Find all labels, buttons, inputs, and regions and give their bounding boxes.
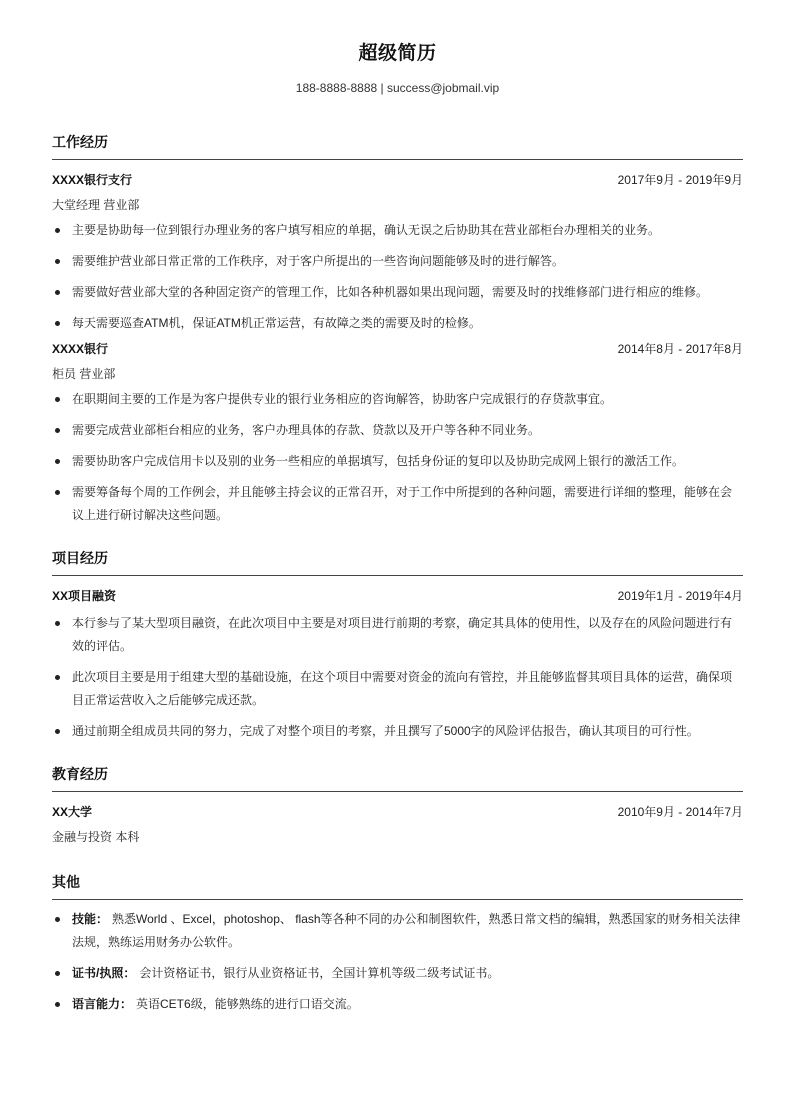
entry-header: XXXX银行支行 2017年9月 - 2019年9月 — [52, 172, 743, 188]
entry-date: 2014年8月 - 2017年8月 — [618, 341, 743, 357]
list-item: 需要维护营业部日常正常的工作秩序，对于客户所提出的一些咨询问题能够及时的进行解答… — [52, 250, 743, 273]
list-item-languages: 语言能力：英语CET6级，能够熟练的进行口语交流。 — [52, 993, 743, 1016]
list-item: 本行参与了某大型项目融资，在此次项目中主要是对项目进行前期的考察，确定其具体的使… — [52, 612, 743, 658]
entry-bullets: 本行参与了某大型项目融资，在此次项目中主要是对项目进行前期的考察，确定其具体的使… — [52, 612, 743, 743]
section-education: 教育经历 XX大学 2010年9月 - 2014年7月 金融与投资 本科 — [52, 765, 743, 845]
entry-header: XXXX银行 2014年8月 - 2017年8月 — [52, 341, 743, 357]
entry-bullets: 在职期间主要的工作是为客户提供专业的银行业务相应的咨询解答，协助客户完成银行的存… — [52, 388, 743, 527]
section-title: 项目经历 — [52, 549, 743, 576]
item-label: 证书/执照： — [72, 966, 135, 980]
entry-header: XX项目融资 2019年1月 - 2019年4月 — [52, 588, 743, 604]
contact-info: 188-8888-8888 | success@jobmail.vip — [52, 80, 743, 96]
list-item: 主要是协助每一位到银行办理业务的客户填写相应的单据，确认无误之后协助其在营业部柜… — [52, 219, 743, 242]
project-entry: XX项目融资 2019年1月 - 2019年4月 本行参与了某大型项目融资，在此… — [52, 588, 743, 743]
entry-bullets: 主要是协助每一位到银行办理业务的客户填写相应的单据，确认无误之后协助其在营业部柜… — [52, 219, 743, 335]
list-item: 通过前期全组成员共同的努力，完成了对整个项目的考察，并且撰写了5000字的风险评… — [52, 720, 743, 743]
list-item: 此次项目主要是用于组建大型的基础设施，在这个项目中需要对资金的流向有管控，并且能… — [52, 666, 743, 712]
entry-header: XX大学 2010年9月 - 2014年7月 — [52, 804, 743, 820]
entry-organization: XX大学 — [52, 804, 92, 820]
list-item: 每天需要巡查ATM机，保证ATM机正常运营，有故障之类的需要及时的检修。 — [52, 312, 743, 335]
candidate-name: 超级简历 — [52, 42, 743, 66]
list-item: 需要完成营业部柜台相应的业务，客户办理具体的存款、贷款以及开户等各种不同业务。 — [52, 419, 743, 442]
education-entry: XX大学 2010年9月 - 2014年7月 金融与投资 本科 — [52, 804, 743, 845]
entry-role: 柜员 营业部 — [52, 366, 743, 382]
list-item: 需要做好营业部大堂的各种固定资产的管理工作，比如各种机器如果出现问题，需要及时的… — [52, 281, 743, 304]
work-entry: XXXX银行支行 2017年9月 - 2019年9月 大堂经理 营业部 主要是协… — [52, 172, 743, 335]
section-title: 工作经历 — [52, 133, 743, 160]
entry-organization: XX项目融资 — [52, 588, 116, 604]
section-title: 其他 — [52, 873, 743, 900]
list-item: 需要协助客户完成信用卡以及别的业务一些相应的单据填写，包括身份证的复印以及协助完… — [52, 450, 743, 473]
item-label: 技能： — [72, 912, 108, 926]
entry-organization: XXXX银行 — [52, 341, 108, 357]
list-item: 在职期间主要的工作是为客户提供专业的银行业务相应的咨询解答，协助客户完成银行的存… — [52, 388, 743, 411]
item-text: 英语CET6级，能够熟练的进行口语交流。 — [136, 997, 359, 1011]
entry-degree: 金融与投资 本科 — [52, 829, 743, 845]
resume-page: 超级简历 188-8888-8888 | success@jobmail.vip… — [52, 0, 743, 1016]
work-entry: XXXX银行 2014年8月 - 2017年8月 柜员 营业部 在职期间主要的工… — [52, 341, 743, 527]
list-item-certificates: 证书/执照：会计资格证书，银行从业资格证书，全国计算机等级二级考试证书。 — [52, 962, 743, 985]
entry-role: 大堂经理 营业部 — [52, 197, 743, 213]
list-item: 需要筹备每个周的工作例会，并且能够主持会议的正常召开，对于工作中所提到的各种问题… — [52, 481, 743, 527]
section-title: 教育经历 — [52, 765, 743, 792]
item-text: 会计资格证书，银行从业资格证书，全国计算机等级二级考试证书。 — [139, 966, 499, 980]
entry-organization: XXXX银行支行 — [52, 172, 132, 188]
section-work-experience: 工作经历 XXXX银行支行 2017年9月 - 2019年9月 大堂经理 营业部… — [52, 133, 743, 527]
other-bullets: 技能：熟悉World 、Excel，photoshop、 flash等各种不同的… — [52, 908, 743, 1016]
entry-date: 2019年1月 - 2019年4月 — [618, 588, 743, 604]
item-text: 熟悉World 、Excel，photoshop、 flash等各种不同的办公和… — [72, 912, 741, 949]
entry-date: 2017年9月 - 2019年9月 — [618, 172, 743, 188]
item-label: 语言能力： — [72, 997, 132, 1011]
resume-header: 超级简历 188-8888-8888 | success@jobmail.vip — [52, 0, 743, 96]
section-projects: 项目经历 XX项目融资 2019年1月 - 2019年4月 本行参与了某大型项目… — [52, 549, 743, 743]
section-other: 其他 技能：熟悉World 、Excel，photoshop、 flash等各种… — [52, 873, 743, 1016]
entry-date: 2010年9月 - 2014年7月 — [618, 804, 743, 820]
list-item-skills: 技能：熟悉World 、Excel，photoshop、 flash等各种不同的… — [52, 908, 743, 954]
